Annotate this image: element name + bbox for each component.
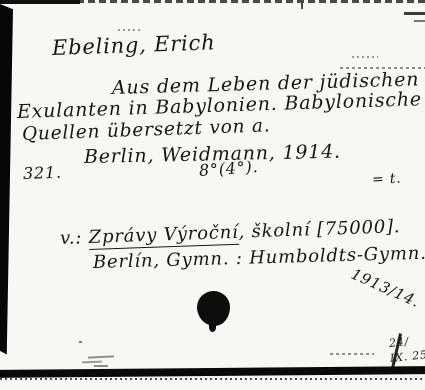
scan-artifact-corner-b bbox=[414, 20, 425, 22]
author-heading: Ebeling, Erich bbox=[52, 30, 216, 60]
scan-artifact-dots-a bbox=[352, 56, 378, 58]
scan-artifact-dots-c bbox=[118, 29, 140, 31]
catalog-card-scan: Ebeling, Erich Aus dem Leben der jüdisch… bbox=[0, 0, 425, 390]
scan-artifact-dots-b bbox=[340, 67, 425, 69]
scan-edge-top-left bbox=[0, 0, 80, 4]
punch-hole-drip bbox=[209, 323, 216, 332]
scan-edge-left bbox=[0, 4, 13, 358]
scan-artifact-dots-d bbox=[330, 353, 374, 355]
year-note: 1913/14. bbox=[348, 265, 422, 311]
right-margin-mark: = t. bbox=[372, 170, 402, 188]
series-title-underlined: Zprávy Výroční bbox=[88, 222, 239, 250]
scan-artifact-smudge-c bbox=[94, 365, 108, 367]
scan-artifact-smudge-a bbox=[88, 355, 114, 358]
scan-artifact-speck bbox=[79, 341, 82, 343]
scan-edge-bottom-dots bbox=[0, 378, 425, 380]
format-note: 8°(4°). bbox=[198, 157, 259, 180]
scan-artifact-top-tick bbox=[301, 0, 303, 9]
date-stamp-day: 24/ bbox=[388, 335, 409, 350]
punch-hole bbox=[197, 291, 230, 326]
shelf-number: 321. bbox=[23, 163, 62, 183]
scan-artifact-corner-a bbox=[404, 12, 425, 15]
series-rest: , školní [75000]. bbox=[238, 216, 401, 243]
scan-artifact-smudge-b bbox=[82, 361, 102, 364]
series-prefix: v.: bbox=[60, 227, 89, 249]
scan-edge-bottom bbox=[0, 366, 425, 378]
